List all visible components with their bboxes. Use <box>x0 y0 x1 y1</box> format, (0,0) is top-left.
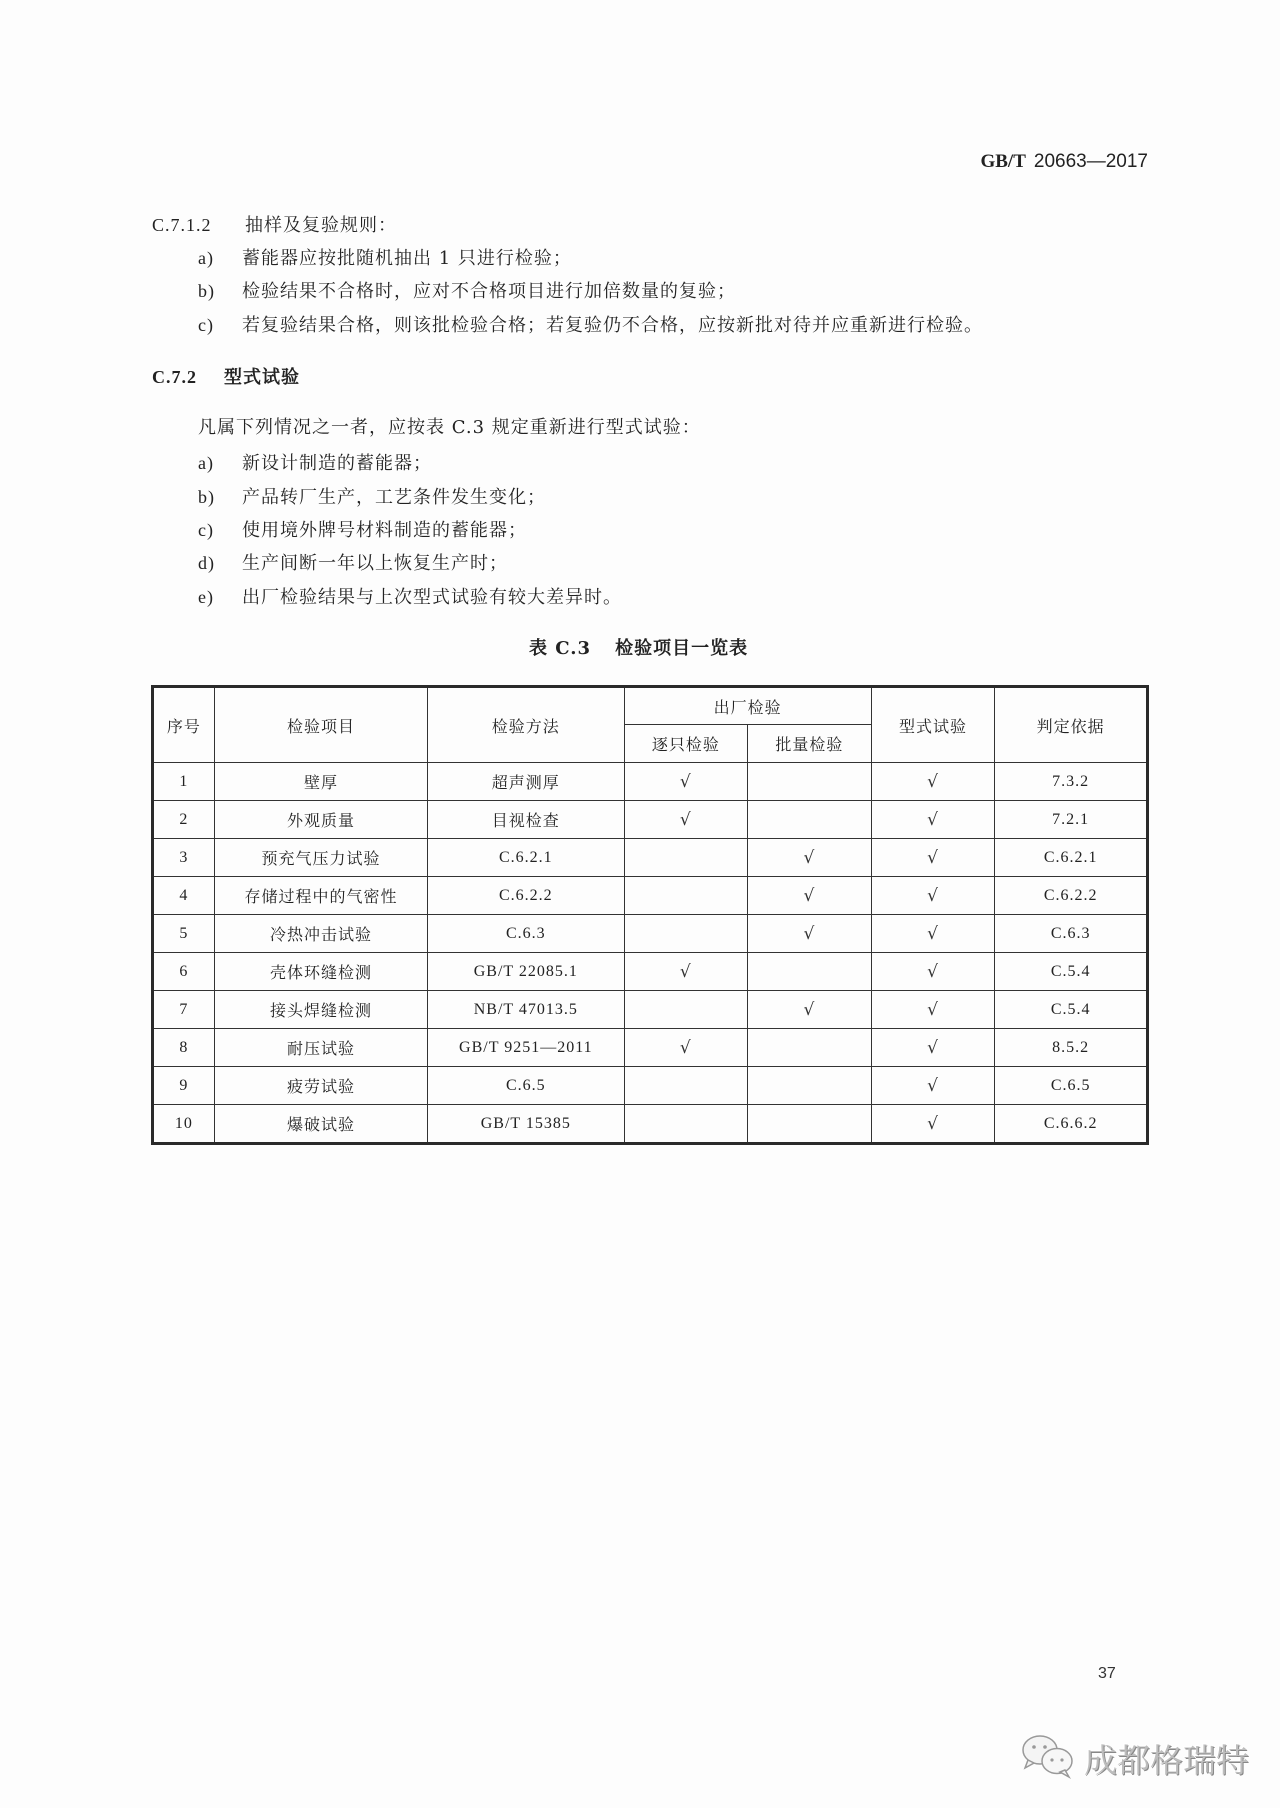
header-per-unit: 逐只检验 <box>624 725 748 763</box>
list-item: a)蓄能器应按批随机抽出 1 只进行检验； <box>198 246 572 271</box>
list-item: c)若复验结果合格，则该批检验合格；若复验仍不合格，应按新批对待并应重新进行检验… <box>198 313 983 338</box>
header-type-test: 型式试验 <box>871 687 995 763</box>
check-mark: √ <box>871 763 995 801</box>
check-mark: √ <box>871 877 995 915</box>
table-row: 4 存储过程中的气密性 C.6.2.2 √ √ C.6.2.2 <box>153 877 1148 915</box>
inspection-items-table: 序号 检验项目 检验方法 出厂检验 型式试验 判定依据 逐只检验 批量检验 1 … <box>151 685 1149 1145</box>
check-mark: √ <box>871 1067 995 1105</box>
check-mark: √ <box>748 915 872 953</box>
check-mark: √ <box>624 801 748 839</box>
check-mark: √ <box>871 953 995 991</box>
clause-intro: 凡属下列情况之一者，应按表 C.3 规定重新进行型式试验： <box>198 416 701 440</box>
table-title: 检验项目一览表 <box>615 638 748 659</box>
clause-c712-heading: C.7.1.2抽样及复验规则： <box>152 213 397 238</box>
header-item: 检验项目 <box>214 687 427 763</box>
wechat-icon <box>1020 1733 1076 1783</box>
watermark: 成都格瑞特 <box>1020 1733 1249 1783</box>
check-mark: √ <box>624 953 748 991</box>
page-number: 37 <box>1098 1665 1116 1683</box>
check-mark: √ <box>624 763 748 801</box>
standard-number: GB/T20663—2017 <box>980 150 1148 173</box>
check-mark: √ <box>871 915 995 953</box>
table-row: 7 接头焊缝检测 NB/T 47013.5 √ √ C.5.4 <box>153 991 1148 1029</box>
header-seq: 序号 <box>153 687 215 763</box>
table-row: 1 壁厚 超声测厚 √ √ 7.3.2 <box>153 763 1148 801</box>
table-row: 6 壳体环缝检测 GB/T 22085.1 √ √ C.5.4 <box>153 953 1148 991</box>
clause-title: 型式试验 <box>224 367 300 388</box>
table-row: 5 冷热冲击试验 C.6.3 √ √ C.6.3 <box>153 915 1148 953</box>
list-item: d)生产间断一年以上恢复生产时； <box>198 551 508 576</box>
check-mark: √ <box>624 1029 748 1067</box>
list-item: e)出厂检验结果与上次型式试验有较大差异时。 <box>198 585 622 610</box>
header-batch: 批量检验 <box>748 725 872 763</box>
check-mark: √ <box>871 1105 995 1144</box>
clause-number: C.7.2 <box>152 365 224 389</box>
clause-c72-heading: C.7.2型式试验 <box>152 365 300 390</box>
list-item: a)新设计制造的蓄能器； <box>198 451 432 476</box>
table-row: 3 预充气压力试验 C.6.2.1 √ √ C.6.2.1 <box>153 839 1148 877</box>
check-mark: √ <box>871 991 995 1029</box>
watermark-text: 成都格瑞特 <box>1084 1735 1249 1782</box>
header-factory-inspection: 出厂检验 <box>624 687 871 725</box>
check-mark: √ <box>748 839 872 877</box>
header-basis: 判定依据 <box>995 687 1148 763</box>
standard-code: 20663—2017 <box>1034 151 1148 172</box>
check-mark: √ <box>871 839 995 877</box>
list-item: b)检验结果不合格时，应对不合格项目进行加倍数量的复验； <box>198 279 736 304</box>
table-row: 10 爆破试验 GB/T 15385 √ C.6.6.2 <box>153 1105 1148 1144</box>
table-row: 8 耐压试验 GB/T 9251—2011 √ √ 8.5.2 <box>153 1029 1148 1067</box>
table-caption: 表 C.3检验项目一览表 <box>529 634 748 660</box>
header-method: 检验方法 <box>428 687 624 763</box>
table-row: 9 疲劳试验 C.6.5 √ C.6.5 <box>153 1067 1148 1105</box>
check-mark: √ <box>748 991 872 1029</box>
table-number: 表 C.3 <box>529 638 591 659</box>
check-mark: √ <box>871 1029 995 1067</box>
clause-number: C.7.1.2 <box>152 213 245 237</box>
clause-title: 抽样及复验规则： <box>245 215 397 236</box>
list-item: c)使用境外牌号材料制造的蓄能器； <box>198 518 527 543</box>
table-row: 2 外观质量 目视检查 √ √ 7.2.1 <box>153 801 1148 839</box>
check-mark: √ <box>748 877 872 915</box>
list-item: b)产品转厂生产，工艺条件发生变化； <box>198 485 546 510</box>
check-mark: √ <box>871 801 995 839</box>
standard-prefix: GB/T <box>980 151 1025 172</box>
